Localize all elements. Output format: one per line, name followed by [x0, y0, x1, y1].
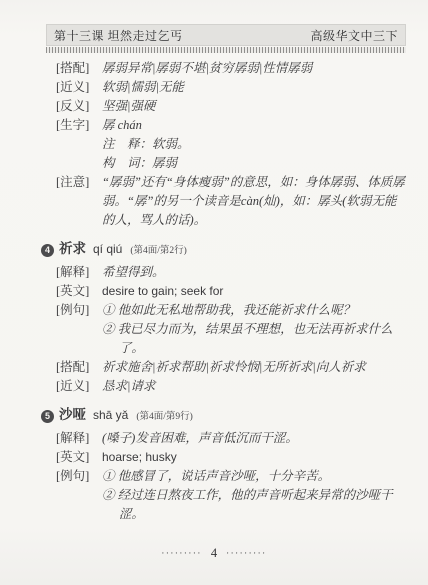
line-text: “孱弱”还有“身体瘦弱”的意思，如：身体孱弱、体质孱弱。“孱”的另一个读音是cà…	[102, 173, 406, 230]
lesson-title: 第十三课 坦然走过乞丐	[54, 27, 183, 44]
line-text-english: hoarse; husky	[102, 448, 406, 467]
page-line-reference: (第4面/第9行)	[136, 408, 192, 427]
entry-line: [生字] 孱 chán	[56, 116, 406, 135]
entry-number-badge: 5	[41, 410, 54, 423]
entry-line: [搭配] 孱弱异常|孱弱不堪|贫穷孱弱|性情孱弱	[56, 59, 406, 78]
entry-line: [例句] ① 他感冒了，说话声音沙哑，十分辛苦。 ② 经过连日熬夜工作，他的声音…	[56, 467, 406, 524]
hatch-divider	[46, 47, 406, 53]
page-number: 4	[211, 546, 217, 560]
line-label: [近义]	[56, 78, 102, 97]
line-text: 祈求施舍|祈求帮助|祈求怜悯|无所祈求|向人祈求	[102, 358, 406, 377]
line-text: 坚强|强硬	[102, 97, 406, 116]
page-footer: ········· 4 ·········	[0, 546, 428, 561]
entry-line: [反义] 坚强|强硬	[56, 97, 406, 116]
example-sentence: ② 经过连日熬夜工作，他的声音听起来异常的沙哑干涩。	[102, 486, 406, 524]
footer-dots-left: ·········	[161, 548, 201, 558]
page-content: [搭配] 孱弱异常|孱弱不堪|贫穷孱弱|性情孱弱 [近义] 软弱|懦弱|无能 […	[56, 59, 406, 524]
example-sentence: ① 他如此无私地帮助我，我还能祈求什么呢？	[102, 301, 406, 320]
line-label: [例句]	[56, 467, 102, 486]
entry-line: [英文] hoarse; husky	[56, 448, 406, 467]
entry-line: 构 词：孱弱	[56, 154, 406, 173]
line-text: 恳求|请求	[102, 377, 406, 396]
entry-line: [近义] 恳求|请求	[56, 377, 406, 396]
example-sentence: ② 我已尽力而为，结果虽不理想，也无法再祈求什么了。	[102, 320, 406, 358]
example-list: ① 他如此无私地帮助我，我还能祈求什么呢？ ② 我已尽力而为，结果虽不理想，也无…	[102, 301, 406, 358]
entry-line: [英文] desire to gain; seek for	[56, 282, 406, 301]
example-sentence: ① 他感冒了，说话声音沙哑，十分辛苦。	[102, 467, 406, 486]
line-text: 软弱|懦弱|无能	[102, 78, 406, 97]
line-label: [搭配]	[56, 59, 102, 78]
line-label: [英文]	[56, 282, 102, 301]
line-label: [解释]	[56, 429, 102, 448]
line-label: [反义]	[56, 97, 102, 116]
entry-line: [例句] ① 他如此无私地帮助我，我还能祈求什么呢？ ② 我已尽力而为，结果虽不…	[56, 301, 406, 358]
line-text: 注 释：软弱。	[102, 135, 406, 154]
entry-line: [注意] “孱弱”还有“身体瘦弱”的意思，如：身体孱弱、体质孱弱。“孱”的另一个…	[56, 173, 406, 230]
entry-line: 注 释：软弱。	[56, 135, 406, 154]
line-label: [近义]	[56, 377, 102, 396]
line-label: [英文]	[56, 448, 102, 467]
line-label: [例句]	[56, 301, 102, 320]
line-text-english: desire to gain; seek for	[102, 282, 406, 301]
line-text: 孱弱异常|孱弱不堪|贫穷孱弱|性情孱弱	[102, 59, 406, 78]
headword: 沙哑	[59, 405, 86, 424]
example-list: ① 他感冒了，说话声音沙哑，十分辛苦。 ② 经过连日熬夜工作，他的声音听起来异常…	[102, 467, 406, 524]
entry-line: [近义] 软弱|懦弱|无能	[56, 78, 406, 97]
line-label: [解释]	[56, 263, 102, 282]
line-text: 构 词：孱弱	[102, 154, 406, 173]
pinyin: qí qiú	[93, 240, 122, 259]
line-text: 希望得到。	[102, 263, 406, 282]
entry-heading: 4 祈求 qí qiú (第4面/第2行)	[41, 239, 406, 261]
page-line-reference: (第4面/第2行)	[130, 242, 186, 261]
entry-line: [解释] (嗓子)发音困难，声音低沉而干涩。	[56, 429, 406, 448]
textbook-page: 第十三课 坦然走过乞丐 高级华文中三下 [搭配] 孱弱异常|孱弱不堪|贫穷孱弱|…	[0, 0, 428, 585]
page-header: 第十三课 坦然走过乞丐 高级华文中三下	[46, 24, 406, 46]
book-title: 高级华文中三下	[310, 27, 398, 44]
line-text: (嗓子)发音困难，声音低沉而干涩。	[102, 429, 406, 448]
pinyin: shā yǎ	[93, 406, 128, 425]
headword: 祈求	[59, 239, 86, 258]
entry-heading: 5 沙哑 shā yǎ (第4面/第9行)	[41, 405, 406, 427]
entry-line: [搭配] 祈求施舍|祈求帮助|祈求怜悯|无所祈求|向人祈求	[56, 358, 406, 377]
entry-number-badge: 4	[41, 244, 54, 257]
line-label: [搭配]	[56, 358, 102, 377]
line-label: [生字]	[56, 116, 102, 135]
line-text: 孱 chán	[102, 116, 406, 135]
line-label: [注意]	[56, 173, 102, 192]
footer-dots-right: ·········	[226, 548, 266, 558]
entry-line: [解释] 希望得到。	[56, 263, 406, 282]
